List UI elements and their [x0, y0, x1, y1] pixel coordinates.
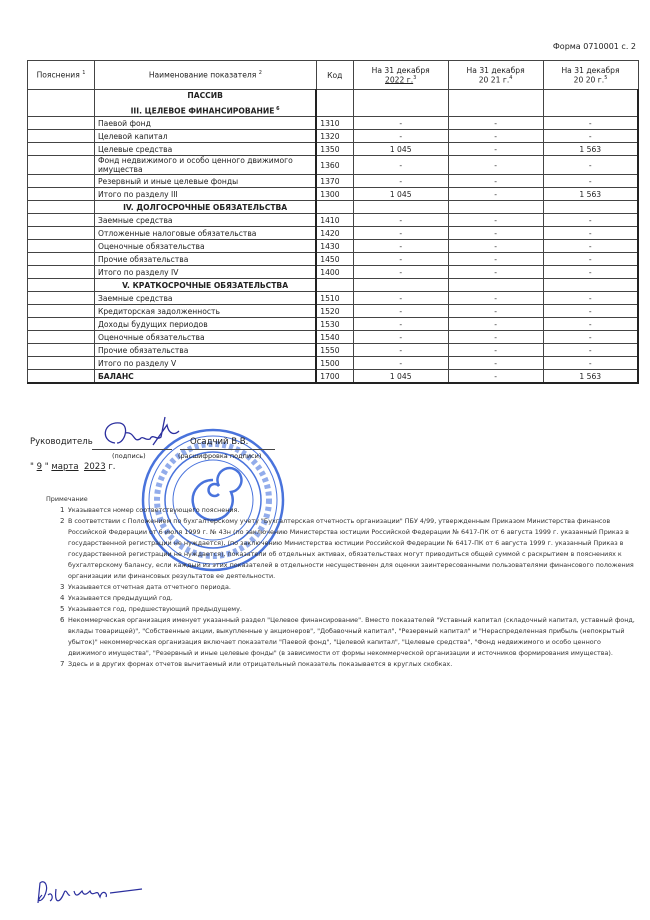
- explanation-cell: [28, 90, 95, 117]
- value-2020: -: [543, 305, 638, 318]
- value-2020: -: [543, 240, 638, 253]
- value-2022: -: [353, 156, 448, 175]
- section-total-row: Итого по разделу V1500---: [28, 357, 639, 370]
- empty-cell: [543, 201, 638, 214]
- section-title: IV. ДОЛГОСРОЧНЫЕ ОБЯЗАТЕЛЬСТВА: [94, 201, 316, 214]
- explanation-cell: [28, 370, 95, 384]
- empty-cell: [316, 90, 353, 117]
- note-text: Некоммерческая организация именует указа…: [68, 615, 636, 659]
- table-header-row: Пояснения 1 Наименование показателя 2 Ко…: [28, 61, 639, 90]
- table-row: Заемные средства1410---: [28, 214, 639, 227]
- indicator-code: 1370: [316, 175, 353, 188]
- indicator-code: 1700: [316, 370, 353, 384]
- empty-cell: [316, 201, 353, 214]
- value-2022: -: [353, 357, 448, 370]
- note-text: Указывается предыдущий год.: [68, 593, 173, 604]
- notes-section: Примечание 1Указывается номер соответств…: [46, 494, 636, 670]
- date-year: 2023: [84, 462, 106, 472]
- value-2020: -: [543, 175, 638, 188]
- value-2022: -: [353, 227, 448, 240]
- indicator-name: Доходы будущих периодов: [94, 318, 316, 331]
- empty-cell: [353, 90, 448, 117]
- explanation-cell: [28, 175, 95, 188]
- value-2021: -: [448, 292, 543, 305]
- date-month: марта: [51, 462, 78, 472]
- table-row: Резервный и иные целевые фонды1370---: [28, 175, 639, 188]
- note-item: 7Здесь и в других формах отчетов вычитае…: [60, 659, 636, 670]
- table-row: Кредиторская задолженность1520---: [28, 305, 639, 318]
- signature-date: " 9 " марта 2023 г.: [30, 462, 115, 472]
- empty-cell: [448, 201, 543, 214]
- value-2020: -: [543, 331, 638, 344]
- indicator-name: Прочие обязательства: [94, 344, 316, 357]
- value-2021: -: [448, 175, 543, 188]
- explanation-cell: [28, 240, 95, 253]
- indicator-code: 1510: [316, 292, 353, 305]
- col-header-explanation: Пояснения 1: [28, 61, 95, 90]
- decode-caption: (расшифровка подписи): [178, 452, 261, 460]
- value-2020: -: [543, 130, 638, 143]
- col-header-2022: На 31 декабря2022 г.3: [353, 61, 448, 90]
- explanation-cell: [28, 292, 95, 305]
- indicator-name: БАЛАНС: [94, 370, 316, 384]
- col-header-2020: На 31 декабря20 20 г.5: [543, 61, 638, 90]
- note-text: Указывается отчетная дата отчетного пери…: [68, 582, 231, 593]
- value-2022: -: [353, 305, 448, 318]
- value-2020: -: [543, 357, 638, 370]
- indicator-code: 1530: [316, 318, 353, 331]
- indicator-name: Заемные средства: [94, 292, 316, 305]
- indicator-name: Фонд недвижимого и особо ценного движимо…: [94, 156, 316, 175]
- section-title: ПАССИВIII. ЦЕЛЕВОЕ ФИНАНСИРОВАНИЕ 6: [94, 90, 316, 117]
- explanation-cell: [28, 266, 95, 279]
- col-header-2021: На 31 декабря20 21 г.4: [448, 61, 543, 90]
- empty-cell: [543, 90, 638, 117]
- value-2021: -: [448, 305, 543, 318]
- value-2020: -: [543, 253, 638, 266]
- value-2020: -: [543, 214, 638, 227]
- value-2021: -: [448, 344, 543, 357]
- form-code: Форма 0710001 с. 2: [553, 42, 636, 51]
- indicator-code: 1520: [316, 305, 353, 318]
- indicator-code: 1450: [316, 253, 353, 266]
- indicator-name: Оценочные обязательства: [94, 331, 316, 344]
- empty-cell: [448, 90, 543, 117]
- balance-row: БАЛАНС17001 045-1 563: [28, 370, 639, 384]
- section-title-row: V. КРАТКОСРОЧНЫЕ ОБЯЗАТЕЛЬСТВА: [28, 279, 639, 292]
- value-2020: 1 563: [543, 188, 638, 201]
- indicator-code: 1550: [316, 344, 353, 357]
- passive-title: ПАССИВ: [98, 91, 312, 100]
- value-2020: 1 563: [543, 143, 638, 156]
- table-row: Оценочные обязательства1540---: [28, 331, 639, 344]
- value-2022: -: [353, 292, 448, 305]
- value-2021: -: [448, 240, 543, 253]
- table-row: Прочие обязательства1550---: [28, 344, 639, 357]
- note-number: 4: [60, 593, 68, 604]
- table-row: Оценочные обязательства1430---: [28, 240, 639, 253]
- indicator-name: Кредиторская задолженность: [94, 305, 316, 318]
- note-item: 5Указывается год, предшествующий предыду…: [60, 604, 636, 615]
- indicator-name: Прочие обязательства: [94, 253, 316, 266]
- explanation-cell: [28, 305, 95, 318]
- value-2020: -: [543, 344, 638, 357]
- col-header-code: Код: [316, 61, 353, 90]
- value-2022: -: [353, 253, 448, 266]
- note-item: 3Указывается отчетная дата отчетного пер…: [60, 582, 636, 593]
- value-2020: -: [543, 266, 638, 279]
- value-2020: -: [543, 156, 638, 175]
- value-2022: -: [353, 240, 448, 253]
- explanation-cell: [28, 357, 95, 370]
- table-row: Фонд недвижимого и особо ценного движимо…: [28, 156, 639, 175]
- value-2022: -: [353, 331, 448, 344]
- indicator-name: Резервный и иные целевые фонды: [94, 175, 316, 188]
- value-2022: -: [353, 117, 448, 130]
- empty-cell: [353, 279, 448, 292]
- empty-cell: [353, 201, 448, 214]
- indicator-code: 1360: [316, 156, 353, 175]
- value-2021: -: [448, 318, 543, 331]
- value-2021: -: [448, 227, 543, 240]
- value-2021: -: [448, 253, 543, 266]
- notes-title: Примечание: [46, 494, 636, 505]
- value-2020: -: [543, 227, 638, 240]
- indicator-name: Отложенные налоговые обязательства: [94, 227, 316, 240]
- note-number: 5: [60, 604, 68, 615]
- date-day: 9: [37, 462, 42, 472]
- value-2021: -: [448, 117, 543, 130]
- balance-sheet-table: Пояснения 1 Наименование показателя 2 Ко…: [27, 60, 639, 384]
- indicator-name: Итого по разделу III: [94, 188, 316, 201]
- indicator-name: Оценочные обязательства: [94, 240, 316, 253]
- note-number: 7: [60, 659, 68, 670]
- section-total-row: Итого по разделу IV1400---: [28, 266, 639, 279]
- value-2022: -: [353, 214, 448, 227]
- section-title-row: IV. ДОЛГОСРОЧНЫЕ ОБЯЗАТЕЛЬСТВА: [28, 201, 639, 214]
- indicator-code: 1400: [316, 266, 353, 279]
- section-total-row: Итого по разделу III13001 045-1 563: [28, 188, 639, 201]
- indicator-name: Целевой капитал: [94, 130, 316, 143]
- value-2020: 1 563: [543, 370, 638, 384]
- note-item: 2В соответствии с Положением по бухгалте…: [60, 516, 636, 582]
- value-2022: 1 045: [353, 370, 448, 384]
- accountant-signature: [30, 875, 145, 910]
- indicator-code: 1320: [316, 130, 353, 143]
- explanation-cell: [28, 130, 95, 143]
- note-number: 1: [60, 505, 68, 516]
- indicator-code: 1500: [316, 357, 353, 370]
- note-text: Здесь и в других формах отчетов вычитаем…: [68, 659, 452, 670]
- value-2021: -: [448, 357, 543, 370]
- table-row: Целевые средства13501 045-1 563: [28, 143, 639, 156]
- explanation-cell: [28, 279, 95, 292]
- indicator-code: 1430: [316, 240, 353, 253]
- value-2020: -: [543, 292, 638, 305]
- indicator-code: 1420: [316, 227, 353, 240]
- explanation-cell: [28, 344, 95, 357]
- value-2022: -: [353, 175, 448, 188]
- value-2022: 1 045: [353, 188, 448, 201]
- value-2021: -: [448, 130, 543, 143]
- value-2021: -: [448, 214, 543, 227]
- explanation-cell: [28, 201, 95, 214]
- indicator-code: 1410: [316, 214, 353, 227]
- indicator-code: 1310: [316, 117, 353, 130]
- explanation-cell: [28, 227, 95, 240]
- empty-cell: [543, 279, 638, 292]
- empty-cell: [448, 279, 543, 292]
- value-2022: -: [353, 344, 448, 357]
- explanation-cell: [28, 143, 95, 156]
- value-2022: -: [353, 130, 448, 143]
- value-2021: -: [448, 370, 543, 384]
- value-2021: -: [448, 156, 543, 175]
- table-row: Заемные средства1510---: [28, 292, 639, 305]
- table-row: Целевой капитал1320---: [28, 130, 639, 143]
- note-text: Указывается год, предшествующий предыдущ…: [68, 604, 242, 615]
- name-line: [180, 449, 275, 450]
- note-number: 3: [60, 582, 68, 593]
- table-row: Паевой фонд1310---: [28, 117, 639, 130]
- empty-cell: [316, 279, 353, 292]
- indicator-code: 1300: [316, 188, 353, 201]
- value-2021: -: [448, 331, 543, 344]
- table-row: Прочие обязательства1450---: [28, 253, 639, 266]
- table-row: Отложенные налоговые обязательства1420--…: [28, 227, 639, 240]
- value-2021: -: [448, 266, 543, 279]
- indicator-code: 1540: [316, 331, 353, 344]
- value-2021: -: [448, 188, 543, 201]
- value-2022: 1 045: [353, 143, 448, 156]
- table-row: Доходы будущих периодов1530---: [28, 318, 639, 331]
- explanation-cell: [28, 318, 95, 331]
- indicator-name: Заемные средства: [94, 214, 316, 227]
- director-signature: [95, 413, 185, 455]
- value-2021: -: [448, 143, 543, 156]
- note-item: 6Некоммерческая организация именует указ…: [60, 615, 636, 659]
- explanation-cell: [28, 188, 95, 201]
- signature-role: Руководитель: [30, 437, 93, 447]
- indicator-name: Итого по разделу IV: [94, 266, 316, 279]
- indicator-name: Целевые средства: [94, 143, 316, 156]
- explanation-cell: [28, 331, 95, 344]
- value-2022: -: [353, 318, 448, 331]
- note-text: В соответствии с Положением по бухгалтер…: [68, 516, 636, 582]
- section-title: V. КРАТКОСРОЧНЫЕ ОБЯЗАТЕЛЬСТВА: [94, 279, 316, 292]
- note-number: 2: [60, 516, 68, 582]
- col-header-name: Наименование показателя 2: [94, 61, 316, 90]
- explanation-cell: [28, 214, 95, 227]
- value-2020: -: [543, 318, 638, 331]
- note-item: 4Указывается предыдущий год.: [60, 593, 636, 604]
- note-text: Указывается номер соответствующего поясн…: [68, 505, 239, 516]
- explanation-cell: [28, 156, 95, 175]
- explanation-cell: [28, 117, 95, 130]
- value-2020: -: [543, 117, 638, 130]
- value-2022: -: [353, 266, 448, 279]
- explanation-cell: [28, 253, 95, 266]
- indicator-name: Паевой фонд: [94, 117, 316, 130]
- indicator-code: 1350: [316, 143, 353, 156]
- note-item: 1Указывается номер соответствующего пояс…: [60, 505, 636, 516]
- indicator-name: Итого по разделу V: [94, 357, 316, 370]
- note-number: 6: [60, 615, 68, 659]
- section-title-row: ПАССИВIII. ЦЕЛЕВОЕ ФИНАНСИРОВАНИЕ 6: [28, 90, 639, 117]
- signatory-name: Осадчий В.В.: [190, 437, 248, 447]
